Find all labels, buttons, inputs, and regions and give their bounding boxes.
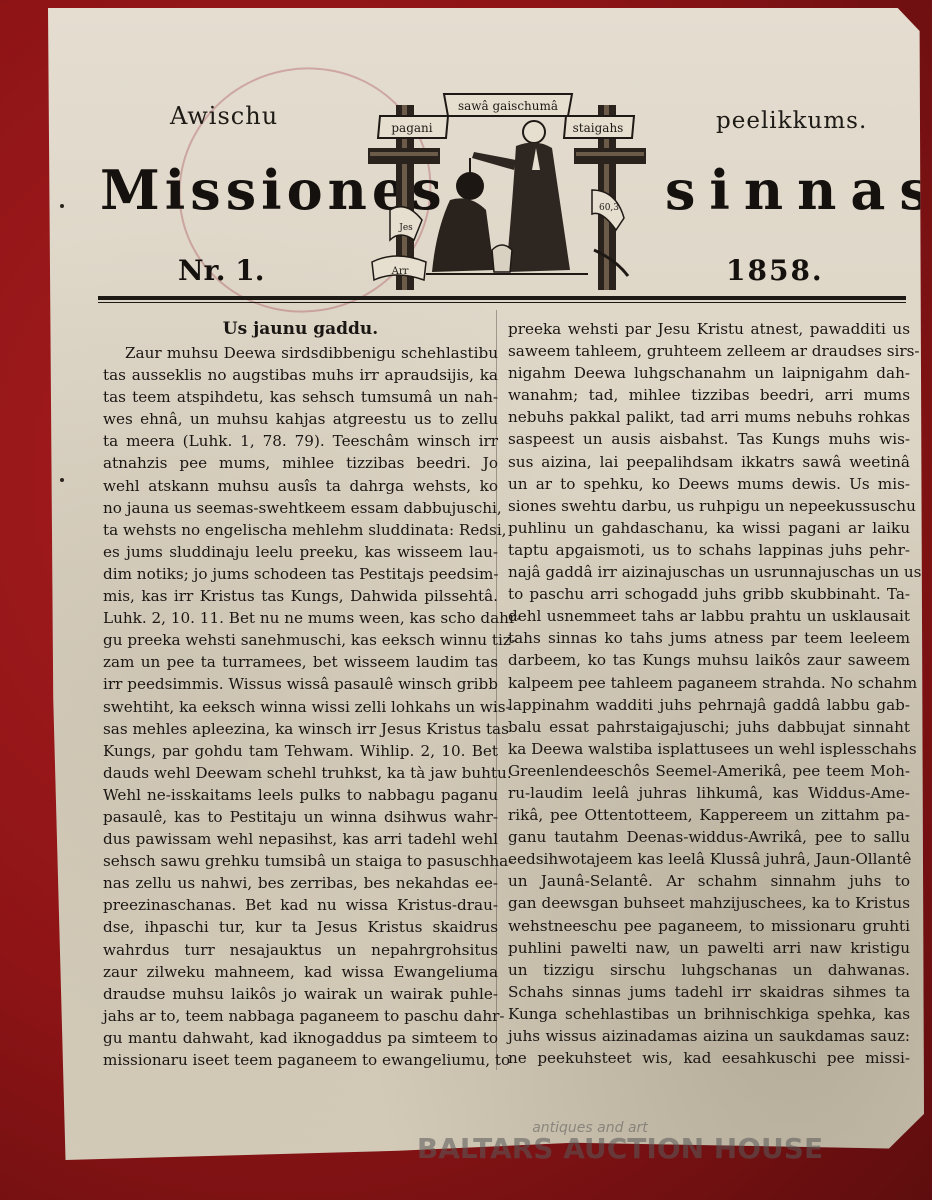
text-line: no jauna us seemas-swehtkeem essam dabbu… <box>103 497 498 519</box>
text-line: najâ gaddâ irr aizinajuschas un usrunnaj… <box>508 561 910 583</box>
text-line: irr peedsimmis. Wissus wissâ pasaulê win… <box>103 673 498 695</box>
text-line: wanahm; tad, mihlee tizzibas beedri, arr… <box>508 384 910 406</box>
text-line: Schahs sinnas jums tadehl irr skaidras s… <box>508 981 910 1003</box>
text-line: juhs wissus aizinadamas aizina un saukda… <box>508 1025 910 1047</box>
text-line: mis, kas irr Kristus tas Kungs, Dahwida … <box>103 585 498 607</box>
text-line: dauds wehl Deewam schehl truhkst, ka tà … <box>103 762 498 784</box>
masthead-title-right: sinnas. <box>665 158 932 222</box>
text-line: gu preeka wehsti sanehmuschi, kas eeksch… <box>103 629 498 651</box>
svg-text:Arr: Arr <box>391 266 409 277</box>
text-line: jahs ar to, teem nabbaga paganeem to pas… <box>103 1005 498 1027</box>
text-line: siones swehtu darbu, us ruhpigu un nepee… <box>508 495 910 517</box>
text-line: gan deewsgan buhseet mahzijuschees, ka t… <box>508 892 910 914</box>
text-line: sas mehles apleezina, ka winsch irr Jesu… <box>103 718 498 740</box>
text-line: rikâ, pee Ottentotteem, Kappereem un zit… <box>508 804 910 826</box>
text-line: tas teem atspihdetu, kas sehsch tumsumâ … <box>103 386 498 408</box>
issue-number: Nr. 1. <box>178 254 265 287</box>
text-line: Luhk. 2, 10. 11. Bet nu ne mums ween, ka… <box>103 607 498 629</box>
missionary-woodcut-icon: sawâ gaischumâ pagani staigahs Jes 60,3 … <box>366 90 648 290</box>
text-line: saspeest un ausis aisbahst. Tas Kungs mu… <box>508 428 910 450</box>
text-line: wes ehnâ, un muhsu kahjas atgreestu us t… <box>103 408 498 430</box>
text-line: tas ausseklis no augstibas muhs irr apra… <box>103 364 498 386</box>
text-line: Wehl ne-isskaitams leels pulks to nabbag… <box>103 784 498 806</box>
text-line: kalpeem pee tahleem paganeem strahda. No… <box>508 672 910 694</box>
text-line: dim notiks; jo jums schodeen tas Pestita… <box>103 563 498 585</box>
text-line: un tizzigu sirschu luhgschanas un dahwan… <box>508 959 910 981</box>
text-line: tahs sinnas ko tahs jums atness par teem… <box>508 627 910 649</box>
text-line: nebuhs pakkal palikt, tad arri mums nebu… <box>508 406 910 428</box>
watermark-name: BALTARS AUCTION HOUSE <box>410 1132 830 1165</box>
masthead: Awischu peelikkums. Missiones sinnas. Nr… <box>48 8 924 298</box>
text-line: swehtiht, ka eeksch winna wissi zelli lo… <box>103 696 498 718</box>
masthead-rule-thin <box>98 302 906 303</box>
text-line: Kunga schehlastibas un brihnischkiga spe… <box>508 1003 910 1025</box>
text-line: wehstneeschu pee paganeem, to missionaru… <box>508 915 910 937</box>
masthead-subtitle-right: peelikkums. <box>716 108 867 134</box>
text-line: eedsihwotajeem kas leelâ Klussâ juhrâ, J… <box>508 848 910 870</box>
text-line: puhlini pawelti naw, un pawelti arri naw… <box>508 937 910 959</box>
text-line: Kungs, par gohdu tam Tehwam. Wihlip. 2, … <box>103 740 498 762</box>
text-line: taptu apgaismoti, us to schahs lappinas … <box>508 539 910 561</box>
svg-text:pagani: pagani <box>391 121 432 135</box>
masthead-subtitle-left: Awischu <box>170 102 278 130</box>
text-line: ka Deewa walstiba isplattusees un wehl i… <box>508 738 910 760</box>
svg-text:Jes: Jes <box>398 223 413 233</box>
text-line: gu mantu dahwaht, kad iknogaddus pa simt… <box>103 1027 498 1049</box>
text-line: nas zellu us nahwi, bes zerribas, bes ne… <box>103 872 498 894</box>
text-line: wehl atskann muhsu ausîs ta dahrga wehst… <box>103 475 498 497</box>
text-line: sehsch sawu grehku tumsibâ un staiga to … <box>103 850 498 872</box>
text-line: draudse muhsu laikôs jo wairak un wairak… <box>103 983 498 1005</box>
text-line: ne peekuhsteet wis, kad eesahkuschi pee … <box>508 1047 910 1069</box>
auction-house-watermark: antiques and art BALTARS AUCTION HOUSE <box>410 1120 830 1165</box>
text-line: dus pawissam wehl nepasihst, kas arri ta… <box>103 828 498 850</box>
binding-hole <box>60 204 64 208</box>
text-line: sus aizina, lai peepalihdsam ikkatrs saw… <box>508 451 910 473</box>
text-line: lappinahm wadditi juhs pehrnajâ gaddâ la… <box>508 694 910 716</box>
text-line: un Jaunâ-Selantê. Ar schahm sinnahm juhs… <box>508 870 910 892</box>
text-line: Zaur muhsu Deewa sirdsdibbenigu schehlas… <box>103 342 498 364</box>
text-line: dse, ihpaschi tur, kur ta Jesus Kristus … <box>103 916 498 938</box>
article-title: Us jaunu gaddu. <box>103 318 498 340</box>
text-line: balu essat pahrstaigajuschi; juhs dabbuj… <box>508 716 910 738</box>
newspaper-page: Awischu peelikkums. Missiones sinnas. Nr… <box>48 8 924 1160</box>
text-line: zaur zilweku mahneem, kad wissa Ewangeli… <box>103 961 498 983</box>
text-line: to paschu arri schogadd juhs gribb skubb… <box>508 583 910 605</box>
text-line: wahrdus turr nesajauktus un nepahrgrohsi… <box>103 939 498 961</box>
text-line: pasaulê, kas to Pestitaju un winna dsihw… <box>103 806 498 828</box>
article-column-left: Us jaunu gaddu. Zaur muhsu Deewa sirdsdi… <box>103 322 498 1071</box>
text-line: ta meera (Luhk. 1, 78. 79). Teeschâm win… <box>103 430 498 452</box>
svg-text:staigahs: staigahs <box>573 121 624 135</box>
text-line: dehl usnemmeet tahs ar labbu prahtu un u… <box>508 605 910 627</box>
issue-year: 1858. <box>726 254 824 287</box>
text-line: darbeem, ko tas Kungs muhsu laikôs zaur … <box>508 649 910 671</box>
masthead-rule-thick <box>98 296 906 300</box>
svg-text:60,3: 60,3 <box>599 203 619 213</box>
article-column-right: preeka wehsti par Jesu Kristu atnest, pa… <box>508 318 910 1069</box>
text-line: puhlinu un gahdaschanu, ka wissi pagani … <box>508 517 910 539</box>
binding-hole <box>60 478 64 482</box>
svg-text:sawâ gaischumâ: sawâ gaischumâ <box>458 99 558 113</box>
text-line: ta wehsts no engelischa mehlehm sluddina… <box>103 519 498 541</box>
text-line: preeka wehsti par Jesu Kristu atnest, pa… <box>508 318 910 340</box>
text-line: nigahm Deewa luhgschanahm un laipnigahm … <box>508 362 910 384</box>
text-line: preezinaschanas. Bet kad nu wissa Kristu… <box>103 894 498 916</box>
text-line: es jums sluddinaju leelu preeku, kas wis… <box>103 541 498 563</box>
text-line: missionaru iseet teem paganeem to ewange… <box>103 1049 498 1071</box>
text-line: zam un pee ta turramees, bet wisseem lau… <box>103 651 498 673</box>
text-line: un ar to spehku, ko Deews mums dewis. Us… <box>508 473 910 495</box>
text-line: atnahzis pee mums, mihlee tizzibas beedr… <box>103 452 498 474</box>
text-line: saweem tahleem, gruhteem zelleem ar drau… <box>508 340 910 362</box>
text-line: Greenlendeeschôs Seemel-Amerikâ, pee tee… <box>508 760 910 782</box>
text-line: ganu tautahm Deenas-widdus-Awrikâ, pee t… <box>508 826 910 848</box>
text-line: ru-laudim leelâ juhras lihkumâ, kas Widd… <box>508 782 910 804</box>
